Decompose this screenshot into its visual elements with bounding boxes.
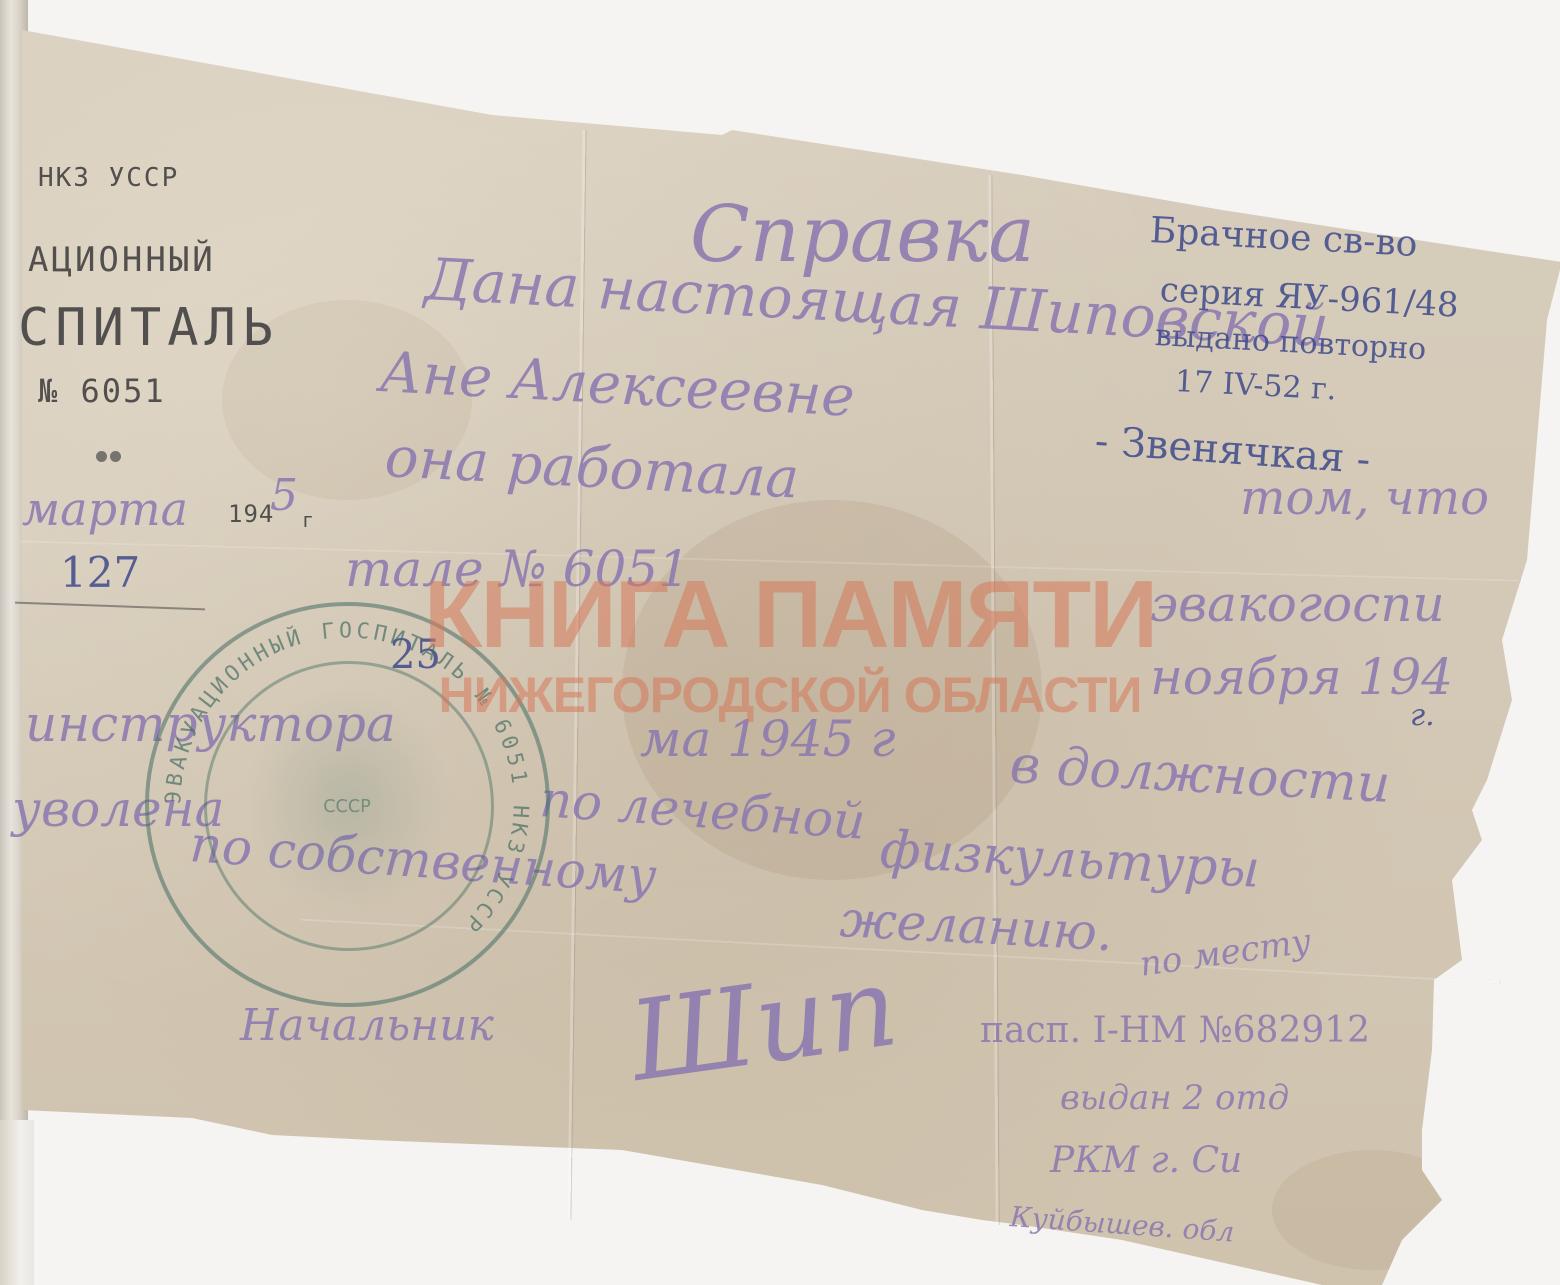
letterhead-date-month: марта <box>22 482 188 536</box>
letterhead-org: НКЗ УССР <box>38 163 179 193</box>
body-line-4-end: эвакогоспи <box>1150 575 1445 633</box>
margin-note-line: РКМ г. Си <box>1050 1140 1242 1181</box>
letterhead-line2: СПИТАЛЬ <box>18 298 279 358</box>
letterhead-date-year-digit: 5 <box>270 470 298 521</box>
stamp-ring-text: ЭВАКУАЦИОННЫЙ ГОСПИТАЛЬ № 6051 НКЗ УССР … <box>149 606 546 1003</box>
binding-edge-lower <box>0 1120 34 1285</box>
svg-text:ЭВАКУАЦИОННЫЙ ГОСПИТАЛЬ № 6051: ЭВАКУАЦИОННЫЙ ГОСПИТАЛЬ № 6051 НКЗ УССР <box>161 618 533 938</box>
round-seal-stamp: ЭВАКУАЦИОННЫЙ ГОСПИТАЛЬ № 6051 НКЗ УССР … <box>145 602 550 1007</box>
margin-note-line: пасп. I-НМ №682912 <box>980 1010 1370 1051</box>
body-end-date: ма 1945 г <box>640 710 896 768</box>
body-start-month: ноября 194 <box>1150 648 1453 706</box>
signature-left: Начальник <box>240 1000 494 1051</box>
svg-text:СССР: СССР <box>323 797 371 817</box>
letterhead-date-suffix: г <box>302 508 316 532</box>
margin-note-line: выдан 2 отд <box>1060 1078 1289 1118</box>
body-start-suffix: г. <box>1410 698 1435 733</box>
registration-number: 127 <box>60 548 140 597</box>
letterhead-dots <box>96 447 124 466</box>
letterhead-date-year: 194 <box>228 500 274 528</box>
body-line-4: тале № 6051 <box>345 540 690 598</box>
letterhead-number: № 6051 <box>38 372 166 410</box>
letterhead-line1: АЦИОННЫЙ <box>28 240 216 280</box>
